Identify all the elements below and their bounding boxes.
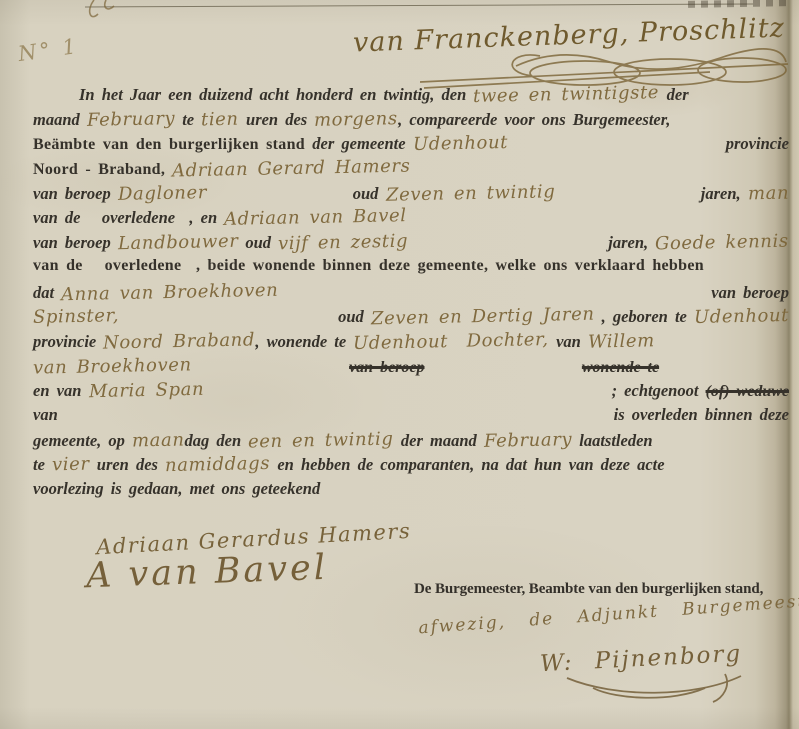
form-line: dat Anna van Broekhovenvan beroep bbox=[33, 282, 789, 307]
form-line: Noord - Braband, Adriaan Gerard Hamers bbox=[33, 158, 789, 183]
handwritten-entry: Zeven en Dertig Jaren bbox=[371, 304, 595, 330]
witness-signature-van-bavel: A van Bavel bbox=[85, 548, 328, 596]
handwritten-entry: February bbox=[484, 429, 573, 452]
handwritten-entry: Willem bbox=[588, 330, 655, 352]
handwritten-entry: Adriaan van Bavel bbox=[224, 206, 407, 231]
printed-form-text: oud bbox=[238, 233, 278, 253]
act-body: In het Jaar een duizend acht honderd en … bbox=[33, 84, 789, 504]
printed-form-text: oud bbox=[353, 184, 386, 204]
printed-form-text: van beroep bbox=[33, 184, 118, 204]
handwritten-entry: Zeven en twintig bbox=[385, 181, 555, 206]
handwritten-entry: Landbouwer bbox=[118, 231, 239, 255]
printed-form-text: en hebben de comparanten, na dat hun van… bbox=[270, 455, 664, 475]
clipped-print-fragment bbox=[688, 0, 788, 8]
form-line: provincie Noord Braband, wonende te Uden… bbox=[33, 331, 789, 356]
printed-form-text: en van bbox=[33, 381, 89, 401]
printed-form-text: , wonende te bbox=[255, 332, 353, 352]
handwritten-entry: van Broekhoven bbox=[33, 354, 192, 378]
printed-form-text: In het Jaar een duizend acht honderd en … bbox=[79, 85, 473, 105]
form-line: voorlezing is gedaan, met ons geteekend bbox=[33, 479, 789, 504]
handwritten-entry: Udenhout Dochter, bbox=[353, 329, 549, 354]
handwritten-entry: vier bbox=[52, 454, 90, 476]
printed-form-text: provincie bbox=[33, 332, 103, 352]
handwritten-entry: Adriaan Gerard Hamers bbox=[172, 156, 411, 182]
form-line: maand February te tien uren des morgens,… bbox=[33, 109, 789, 134]
form-line: Beämbte van den burgerlijken stand der g… bbox=[33, 133, 789, 158]
form-line: en van Maria Span; echtgenoot (of) weduw… bbox=[33, 380, 789, 405]
printed-form-text: oud bbox=[338, 307, 371, 327]
printed-form-text: is overleden binnen deze bbox=[614, 405, 789, 425]
handwritten-entry: Spinster, bbox=[33, 305, 119, 328]
printed-form-text: van beroep bbox=[711, 283, 789, 303]
form-line: Spinster,oud Zeven en Dertig Jaren , geb… bbox=[33, 306, 789, 331]
printed-form-text: provincie bbox=[726, 134, 789, 154]
handwritten-entry: twee en twintigste bbox=[473, 82, 659, 107]
printed-form-text: Beämbte van den burgerlijken stand bbox=[33, 136, 312, 154]
form-line: van de overledene , en Adriaan van Bavel bbox=[33, 207, 789, 232]
printed-form-text: jaren, bbox=[701, 184, 748, 204]
handwritten-entry: namiddags bbox=[165, 453, 271, 476]
printed-form-text: der gemeente bbox=[312, 134, 412, 154]
handwritten-entry: Goede kennis bbox=[655, 231, 789, 255]
printed-form-text: voorlezing is gedaan, met ons geteekend bbox=[33, 479, 320, 499]
handwritten-entry: maan bbox=[132, 429, 185, 451]
handwritten-entry: man bbox=[748, 182, 790, 204]
handwritten-entry: February bbox=[87, 108, 176, 131]
handwritten-entry: vijf en zestig bbox=[278, 231, 409, 255]
handwritten-entry: een en twintig bbox=[248, 428, 394, 452]
printed-form-text: , compareerde voor ons Burgemeester, bbox=[398, 110, 670, 130]
printed-form-text: laatstleden bbox=[572, 431, 652, 451]
printed-form-text: van bbox=[33, 405, 58, 425]
printed-form-text: uren des bbox=[239, 110, 314, 130]
form-line: gemeente, op maandag den een en twintig … bbox=[33, 430, 789, 455]
struck-printed-text: wonende te bbox=[582, 359, 659, 377]
printed-form-text: , geboren te bbox=[594, 307, 694, 327]
top-rule-line bbox=[85, 4, 753, 8]
form-line: te vier uren des namiddags en hebben de … bbox=[33, 454, 789, 479]
handwritten-entry: Maria Span bbox=[88, 379, 204, 402]
printed-form-text: van beroep bbox=[33, 233, 118, 253]
handwritten-entry: Noord Braband bbox=[103, 329, 255, 353]
death-certificate-page: N° 1 van Franckenberg, Proschlitz In het… bbox=[0, 0, 799, 729]
form-line: van de overledene , beide wonende binnen… bbox=[33, 257, 789, 282]
printed-form-text: gemeente, op bbox=[33, 431, 132, 451]
official-title: De Burgemeester, Beambte van den burgerl… bbox=[414, 581, 763, 598]
printed-form-text: te bbox=[33, 455, 52, 475]
printed-form-text: ; echtgenoot bbox=[612, 381, 706, 401]
form-line: vanis overleden binnen deze bbox=[33, 405, 789, 430]
pen-flourish-icon bbox=[80, 0, 120, 26]
printed-form-text: te bbox=[175, 110, 201, 130]
printed-form-text: der bbox=[660, 85, 689, 105]
struck-printed-text: van beroep bbox=[349, 359, 424, 377]
handwritten-entry: Dagloner bbox=[118, 182, 207, 205]
handwritten-entry: Udenhout bbox=[412, 132, 507, 155]
handwritten-entry: Anna van Broekhoven bbox=[61, 279, 279, 305]
printed-form-text: van de overledene , beide wonende binnen… bbox=[33, 257, 704, 275]
handwritten-entry: morgens bbox=[314, 108, 398, 131]
printed-form-text: dat bbox=[33, 283, 61, 303]
printed-form-text: der maand bbox=[394, 431, 484, 451]
form-line: van Broekhovenvan beroepwonende te bbox=[33, 356, 789, 381]
printed-form-text: van bbox=[549, 332, 588, 352]
form-line: van beroep Landbouwer oud vijf en zestig… bbox=[33, 232, 789, 257]
handwritten-entry: tien bbox=[201, 108, 239, 130]
form-line: In het Jaar een duizend acht honderd en … bbox=[33, 84, 789, 109]
printed-form-text: van de overledene , en bbox=[33, 208, 224, 228]
struck-printed-text: (of) weduwe bbox=[706, 383, 789, 401]
printed-form-text: dag den bbox=[185, 431, 249, 451]
handwritten-entry: Udenhout bbox=[694, 305, 789, 328]
form-line: van beroep Dagloneroud Zeven en twintigj… bbox=[33, 183, 789, 208]
printed-form-text: Noord - Braband, bbox=[33, 161, 172, 179]
printed-form-text: maand bbox=[33, 110, 87, 130]
registration-number: N° 1 bbox=[17, 34, 81, 66]
printed-form-text: jaren, bbox=[608, 233, 655, 253]
printed-form-text: uren des bbox=[90, 455, 165, 475]
signature-underline-flourish-icon bbox=[555, 672, 755, 706]
